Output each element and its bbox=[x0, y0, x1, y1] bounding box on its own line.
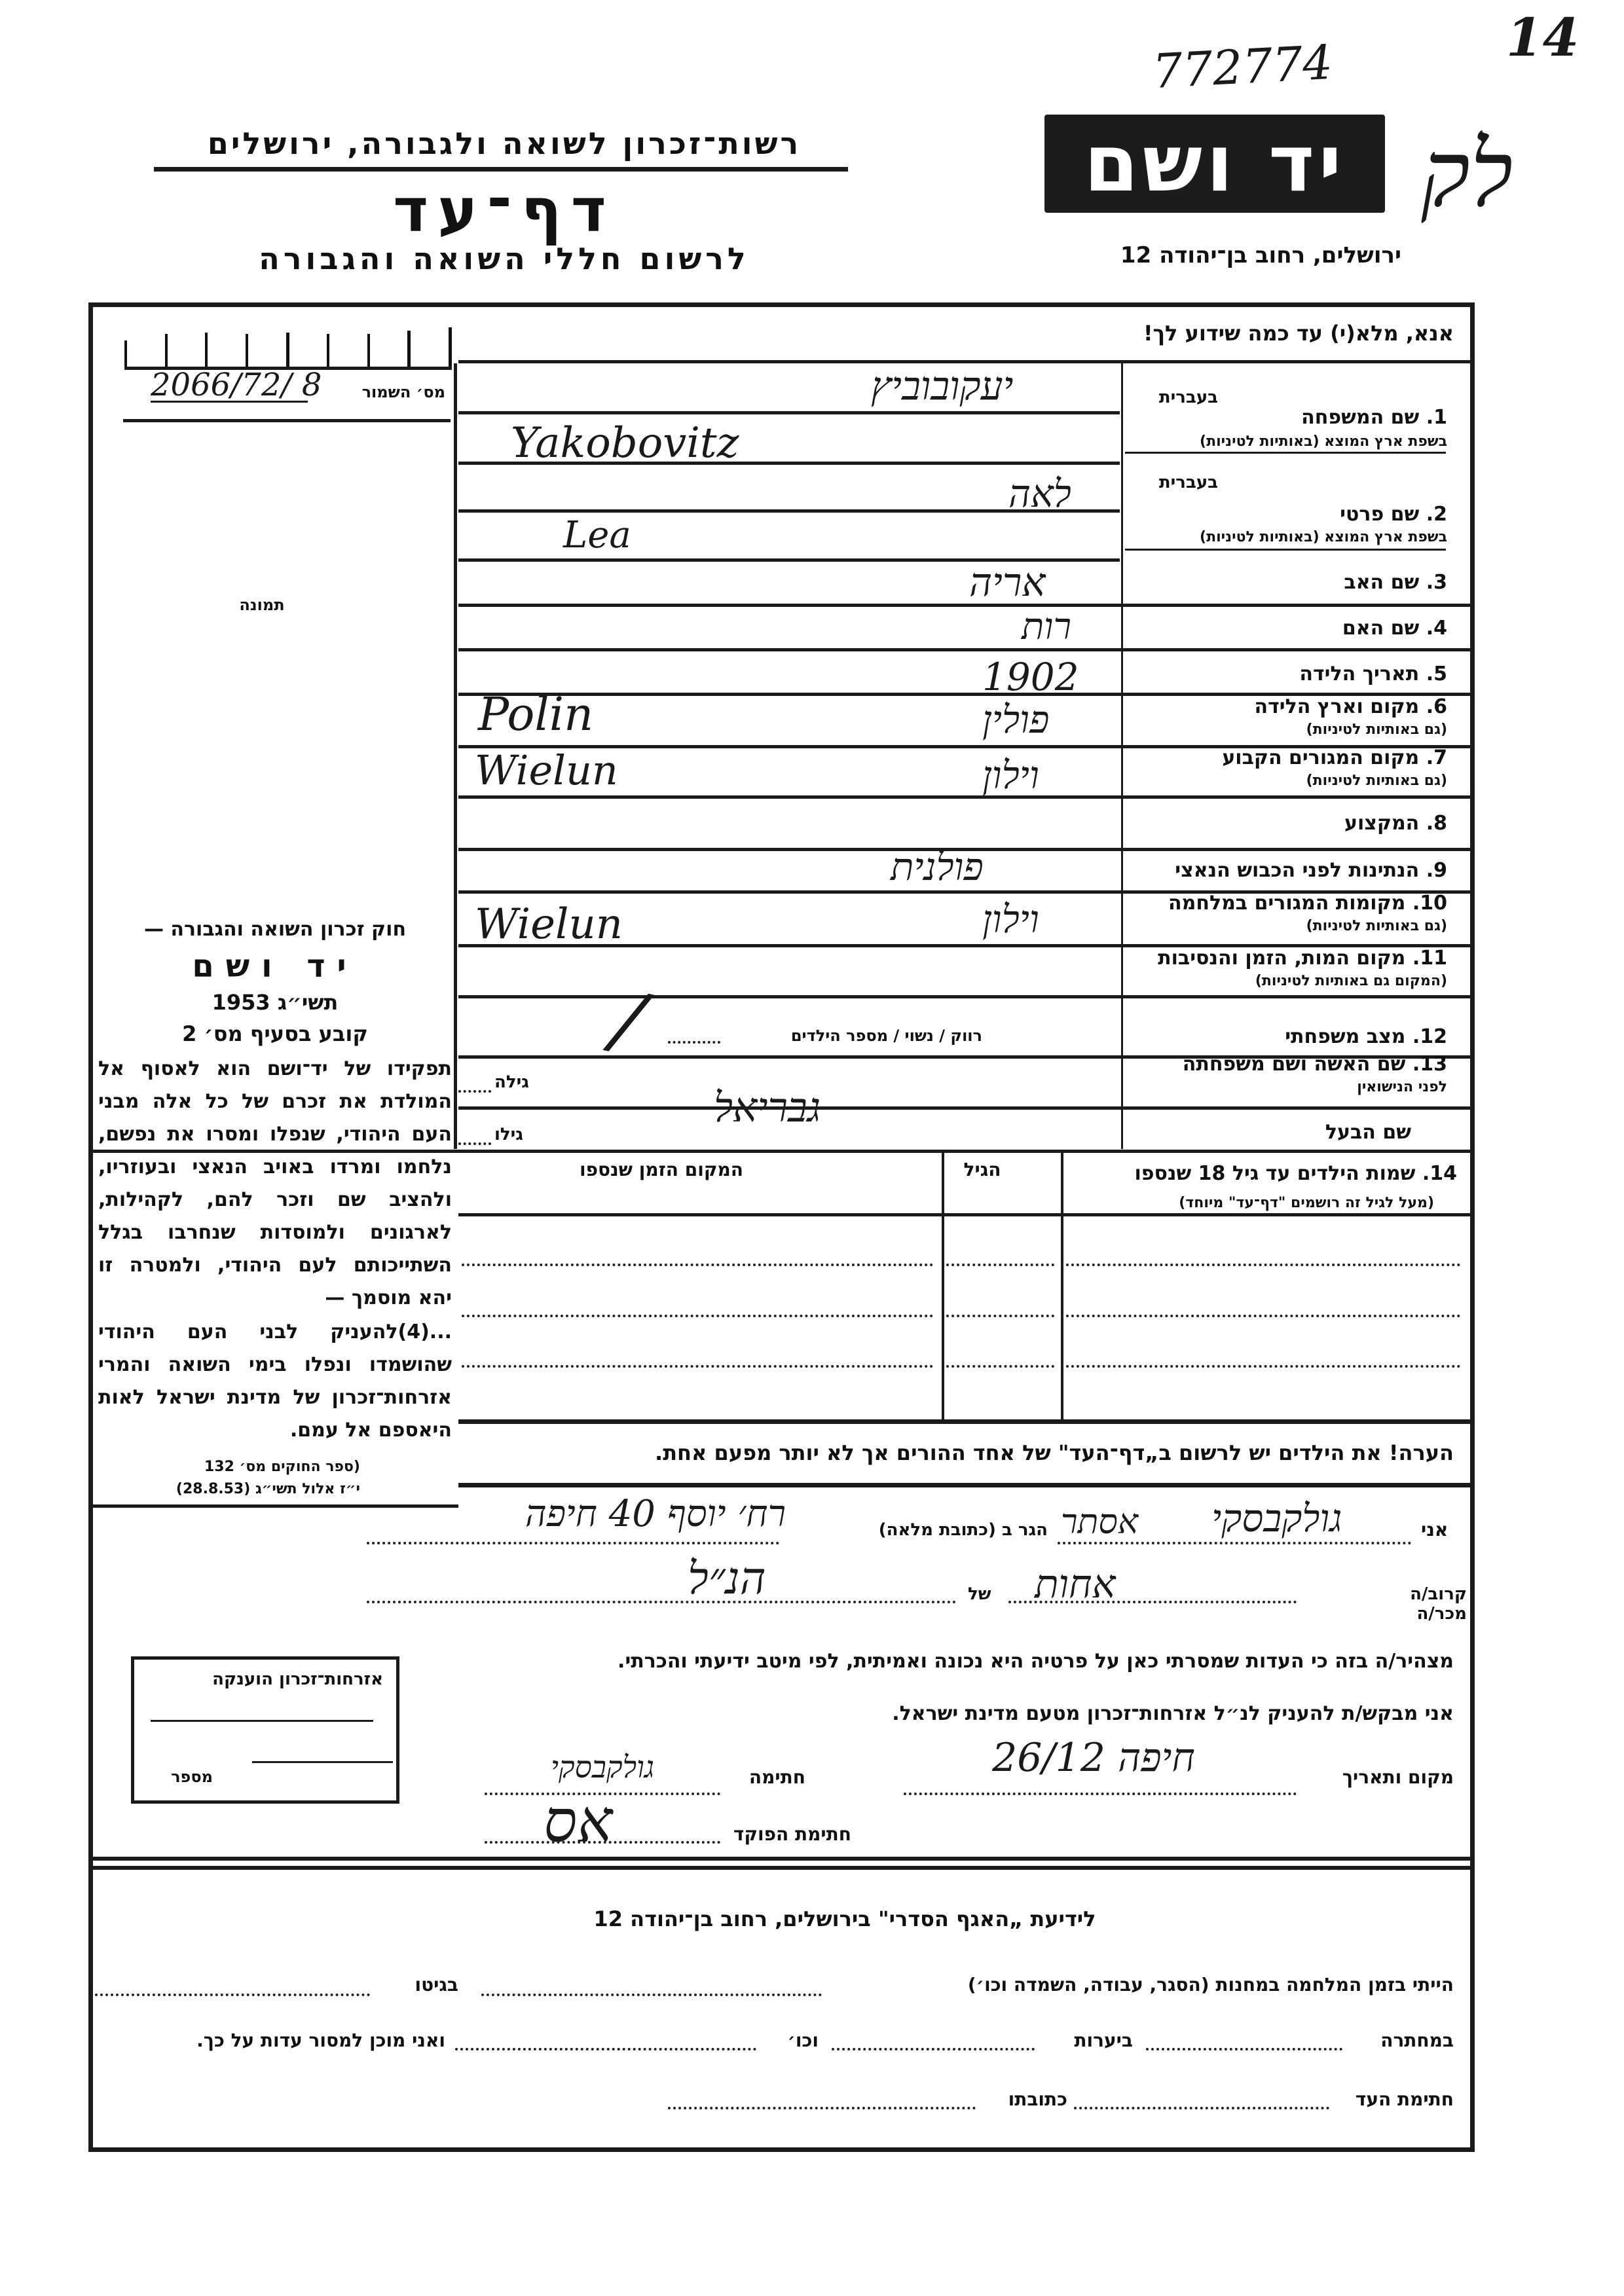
field-12-dotted bbox=[668, 1041, 720, 1044]
field-husband-age-dotted bbox=[458, 1142, 491, 1145]
child-place-line[interactable] bbox=[462, 1264, 933, 1266]
field-2-latin-value[interactable]: Lea bbox=[563, 514, 631, 556]
field-7-latin-value[interactable]: Wielun bbox=[475, 746, 618, 794]
bottom-line2-forests-field[interactable] bbox=[832, 2048, 1035, 2050]
child-place-line[interactable] bbox=[462, 1315, 933, 1317]
field-6-label: 6. מקום וארץ הלידה bbox=[1255, 695, 1447, 718]
field-husband-value[interactable]: גבריאל bbox=[714, 1084, 821, 1132]
field-10-sub: (גם באותיות לטיניות) bbox=[1306, 918, 1447, 934]
bottom-title: לידיעת „האגף הסדרי" בירושלים, רחוב בן־יה… bbox=[458, 1906, 1231, 1931]
decl-name-mid[interactable]: אסתר bbox=[1061, 1503, 1138, 1542]
bottom-line2-end: ואני מוכן למסור עדות על כך. bbox=[98, 2030, 445, 2051]
place-date-label: מקום ותאריך bbox=[1310, 1766, 1454, 1788]
field-1-hebrew-value[interactable]: יעקובוביץ bbox=[871, 363, 1013, 409]
field-5-label: 5. תאריך הלידה bbox=[1299, 663, 1447, 685]
decl-relation-line bbox=[1008, 1601, 1297, 1603]
child-name-line[interactable] bbox=[1061, 1365, 1460, 1368]
field-13-label: 13. שם האשה ושם משפחתה bbox=[1183, 1053, 1447, 1076]
field-6-hebrew-value[interactable]: פולין bbox=[982, 697, 1049, 742]
org-line: רשות־זכרון לשואה ולגבורה, ירושלים bbox=[157, 126, 851, 161]
children-col-age: הגיל bbox=[953, 1159, 1012, 1180]
children-label: 14. שמות הילדים עד גיל 18 שנספו bbox=[1134, 1162, 1457, 1185]
citizenship-box: אזרחות־זכרון הוענקה מספר bbox=[131, 1656, 399, 1804]
decl-relation-label: קרוב/ה מכר/ה bbox=[1356, 1584, 1467, 1624]
field-7-hebrew-value[interactable]: וילון bbox=[982, 753, 1039, 797]
children-col-place-time: המקום הזמן שנספו bbox=[498, 1159, 825, 1180]
citizenship-box-title: אזרחות־זכרון הוענקה bbox=[134, 1669, 383, 1689]
decl-prefix: אני bbox=[1421, 1519, 1448, 1540]
handwritten-corner-mark: 14 bbox=[1506, 7, 1579, 68]
declaration-bottom-line-1 bbox=[92, 1857, 1470, 1861]
field-1-latin-value[interactable]: Yakobovitz bbox=[511, 419, 739, 467]
field-10-latin-value[interactable]: Wielun bbox=[475, 900, 623, 949]
bottom-line2-etc-field[interactable] bbox=[455, 2048, 756, 2050]
children-col-divider-2 bbox=[942, 1152, 944, 1421]
field-1-underline bbox=[1125, 452, 1446, 454]
field-husband-label: שם הבעל bbox=[1325, 1121, 1411, 1144]
child-age-line[interactable] bbox=[946, 1365, 1054, 1368]
child-name-line[interactable] bbox=[1061, 1264, 1460, 1266]
field-7-sub: (גם באותיות לטיניות) bbox=[1306, 773, 1447, 789]
field-12-options: רווק / נשוי / מספר הילדים bbox=[707, 1027, 982, 1045]
child-age-line[interactable] bbox=[946, 1315, 1054, 1317]
bottom-line3-address-label: כתובתו bbox=[982, 2088, 1067, 2110]
field-2-underline bbox=[1125, 549, 1446, 551]
photo-label: תמונה bbox=[223, 596, 301, 614]
law-ref-2: י״ז אלול תשי״ג (28.8.53) bbox=[98, 1481, 360, 1497]
handwritten-top-number: 772774 bbox=[1151, 35, 1334, 99]
place-date-value[interactable]: חיפה 26/12 bbox=[904, 1735, 1283, 1781]
form-left-border bbox=[88, 302, 93, 2149]
form-top-border bbox=[88, 302, 1473, 307]
field-13-sub: לפני הנישואין bbox=[1357, 1079, 1447, 1095]
officer-signature-line bbox=[485, 1841, 720, 1844]
decl-of-line bbox=[367, 1601, 956, 1603]
children-bottom-line bbox=[458, 1419, 1470, 1424]
row-husband-line bbox=[92, 1150, 1470, 1153]
row-4-line bbox=[458, 648, 1470, 651]
bottom-line3-signature-field[interactable] bbox=[1074, 2107, 1329, 2109]
law-clause: קובע בסעיף מס׳ 2 bbox=[98, 1021, 452, 1046]
bottom-line2-hiding: במחתרה bbox=[1349, 2030, 1454, 2051]
children-sub: (מעל לגיל זה רושמים "דף־עד" מיוחד) bbox=[1179, 1195, 1434, 1211]
citizenship-number-line bbox=[252, 1761, 393, 1763]
stamp-label: מס׳ השמור bbox=[362, 383, 445, 401]
field-2-sub: בשפת ארץ המוצא (באותיות לטיניות) bbox=[1200, 529, 1447, 545]
field-6-latin-value[interactable]: Polin bbox=[478, 687, 593, 741]
row-11-line bbox=[458, 995, 1470, 998]
bottom-line2-hiding-field[interactable] bbox=[1146, 2048, 1342, 2050]
child-place-line[interactable] bbox=[462, 1365, 933, 1368]
child-name-line[interactable] bbox=[1061, 1315, 1460, 1317]
row-13-line bbox=[458, 1106, 1470, 1110]
stamp-box-bottom bbox=[123, 419, 451, 422]
form-instruction: אנא, מלא(י) עד כמה שידוע לך! bbox=[1143, 321, 1454, 346]
field-12-value-mark[interactable]: / bbox=[606, 974, 651, 1068]
form-right-border bbox=[1470, 302, 1475, 2149]
decl-residing: הגר ב (כתובת מלאה) bbox=[786, 1520, 1048, 1540]
bottom-line2-etc: וכו׳ bbox=[766, 2030, 819, 2051]
header-divider bbox=[154, 167, 848, 172]
page-subtitle: לרשום חללי השואה והגבורה bbox=[157, 241, 851, 276]
decl-of-value[interactable]: הנ״ל bbox=[688, 1553, 766, 1605]
field-husband-age-label: גילו bbox=[494, 1125, 523, 1144]
field-4-value[interactable]: רות bbox=[1022, 606, 1071, 648]
sidebar-divider bbox=[454, 363, 457, 1149]
hebrew-tag-2: בעברית bbox=[1159, 473, 1218, 492]
officer-signature-value[interactable]: אס bbox=[544, 1787, 612, 1856]
law-name: יד ושם bbox=[98, 948, 452, 985]
field-9-value[interactable]: פולנית bbox=[891, 845, 984, 889]
form-bottom-border bbox=[88, 2147, 1475, 2152]
row-1b-line bbox=[458, 462, 1120, 465]
law-title: חוק זכרון השואה והגבורה — bbox=[98, 918, 452, 941]
place-date-line bbox=[904, 1793, 1297, 1795]
row-1a-line bbox=[458, 411, 1120, 414]
law-text-part1: תפקידו של יד־ושם הוא לאסוף אל המולדת את … bbox=[98, 1053, 452, 1315]
law-ref-1: (ספר החוקים מס׳ 132 bbox=[98, 1459, 360, 1475]
decl-name[interactable]: גולקבסקי bbox=[1211, 1496, 1342, 1540]
field-13-age-dotted bbox=[458, 1090, 491, 1093]
field-11-sub: (המקום גם באותיות לטיניות) bbox=[1255, 973, 1447, 989]
law-year: תשי״ג 1953 bbox=[98, 990, 452, 1015]
decl-name-line bbox=[1058, 1542, 1411, 1544]
page-title: דף־עד bbox=[157, 175, 851, 246]
field-1-label: 1. שם המשפחה bbox=[1301, 406, 1447, 429]
decl-address-line bbox=[367, 1542, 779, 1544]
field-3-value[interactable]: אריה bbox=[969, 560, 1045, 606]
address: ירושלים, רחוב בן־יהודה 12 bbox=[1061, 242, 1401, 268]
field-3-label: 3. שם האב bbox=[1344, 571, 1447, 594]
bottom-line1-ghetto: בגיטו bbox=[380, 1974, 458, 1995]
signature-value[interactable]: גולקבסקי bbox=[485, 1749, 720, 1785]
field-10-label: 10. מקומות המגורים במלחמה bbox=[1168, 892, 1447, 915]
children-header-line bbox=[458, 1213, 1470, 1216]
law-text-part2: ...(4)להעניק לבני העם היהודי שהושמדו ונפ… bbox=[98, 1316, 452, 1447]
stamp-ticks bbox=[124, 327, 452, 370]
hebrew-tag-1: בעברית bbox=[1159, 388, 1218, 407]
field-7-label: 7. מקום המגורים הקבוע bbox=[1222, 746, 1447, 769]
field-1-sub: בשפת ארץ המוצא (באותיות לטיניות) bbox=[1200, 433, 1447, 450]
children-col-divider-1 bbox=[1061, 1152, 1063, 1421]
bottom-line3-signature-label: חתימת העד bbox=[1336, 2088, 1454, 2110]
bottom-line1-camp-field[interactable] bbox=[481, 1994, 822, 1996]
citizenship-line bbox=[151, 1720, 373, 1722]
handwritten-side-mark: לק bbox=[1421, 121, 1513, 228]
field-10-hebrew-value[interactable]: וילון bbox=[982, 897, 1039, 941]
child-age-line[interactable] bbox=[946, 1264, 1054, 1266]
label-column-divider bbox=[1121, 363, 1123, 1149]
decl-request: אני מבקש/ת להעניק לנ״ל אזרחות־זכרון מטעם… bbox=[655, 1702, 1454, 1725]
children-note: הערה! את הילדים יש לרשום ב„דף־העד" של אח… bbox=[471, 1440, 1454, 1465]
field-4-label: 4. שם האם bbox=[1342, 617, 1447, 640]
field-2-label: 2. שם פרטי bbox=[1340, 503, 1447, 526]
field-6-sub: (גם באותיות לטיניות) bbox=[1306, 721, 1447, 738]
field-11-label: 11. מקום המות, הזמן והנסיבות bbox=[1158, 947, 1447, 970]
officer-signature-label: חתימת הפוקד bbox=[720, 1823, 851, 1845]
bottom-line1-ghetto-field[interactable] bbox=[95, 1994, 370, 1996]
bottom-line3-address-field[interactable] bbox=[668, 2107, 976, 2109]
decl-statement: מצהיר/ה בזה כי העדות שמסרתי כאן על פרטיה… bbox=[458, 1650, 1454, 1673]
note-bottom-line bbox=[458, 1483, 1470, 1487]
decl-address[interactable]: רח׳ יוסף 40 חיפה bbox=[341, 1493, 786, 1535]
row-7-line bbox=[458, 795, 1470, 799]
logo-text: יד ושם bbox=[1084, 118, 1345, 210]
field-9-label: 9. הנתינות לפני הכבוש הנאצי bbox=[1175, 859, 1447, 882]
declaration-bottom-line-2 bbox=[92, 1866, 1470, 1870]
bottom-line2-forests: ביערות bbox=[1048, 2030, 1133, 2051]
signature-label: חתימה bbox=[727, 1766, 805, 1788]
field-13-age-label: גילה bbox=[494, 1072, 529, 1092]
citizenship-number-label: מספר bbox=[134, 1768, 213, 1786]
row-3-line bbox=[458, 604, 1470, 607]
stamp-value: 2066/72/ 8 bbox=[151, 367, 322, 403]
field-8-label: 8. המקצוע bbox=[1344, 812, 1447, 835]
field-12-label: 12. מצב משפחתי bbox=[1285, 1025, 1447, 1048]
row-2a-line bbox=[458, 509, 1120, 513]
yad-vashem-logo: יד ושם bbox=[1044, 115, 1385, 213]
bottom-line1-text: הייתי בזמן המלחמה במחנות (הסגר, עבודה, ה… bbox=[838, 1974, 1454, 1995]
stamp-underline bbox=[151, 401, 308, 403]
decl-of: של bbox=[968, 1584, 991, 1604]
